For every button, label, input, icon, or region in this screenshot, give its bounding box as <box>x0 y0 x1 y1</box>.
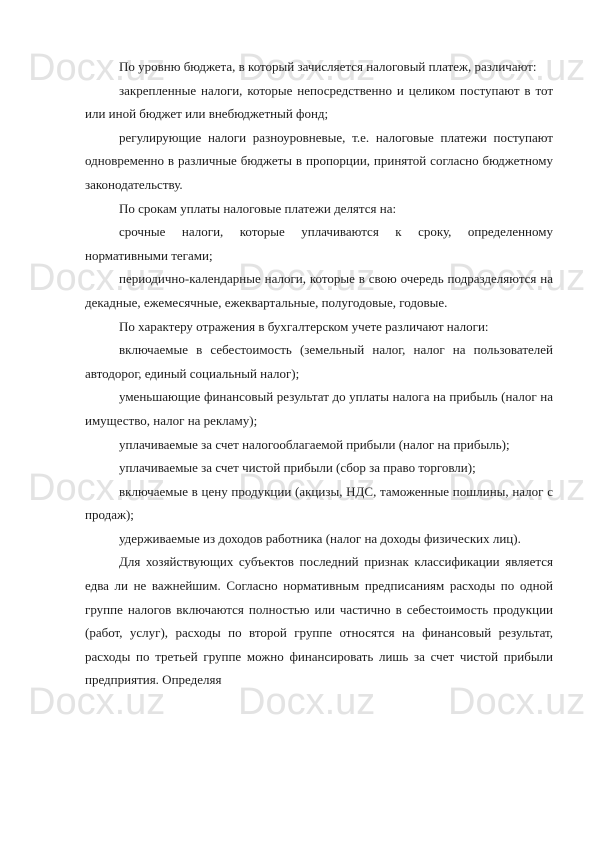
paragraph-urgent-taxes: срочные налоги, которые уплачиваются к с… <box>85 220 553 267</box>
paragraph-taxable-profit: уплачиваемые за счет налогооблагаемой пр… <box>85 433 553 457</box>
paragraph-periodic-taxes: периодично-календарные налоги, которые в… <box>85 267 553 314</box>
paragraph-net-profit: уплачиваемые за счет чистой прибыли (сбо… <box>85 456 553 480</box>
paragraph-fixed-taxes: закрепленные налоги, которые непосредств… <box>85 79 553 126</box>
paragraph-withheld: удерживаемые из доходов работника (налог… <box>85 527 553 551</box>
paragraph-accounting-intro: По характеру отражения в бухгалтерском у… <box>85 315 553 339</box>
paragraph-payment-terms-intro: По срокам уплаты налоговые платежи делят… <box>85 197 553 221</box>
paragraph-reducing-result: уменьшающие финансовый результат до упла… <box>85 385 553 432</box>
paragraph-budget-level-intro: По уровню бюджета, в который зачисляется… <box>85 55 553 79</box>
paragraph-conclusion: Для хозяйствующих субъектов последний пр… <box>85 550 553 692</box>
document-page: Docx.uz Docx.uz Docx.uz Docx.uz Docx.uz … <box>0 0 595 842</box>
paragraph-regulating-taxes: регулирующие налоги разноуровневые, т.е.… <box>85 126 553 197</box>
paragraph-price-included: включаемые в цену продукции (акцизы, НДС… <box>85 480 553 527</box>
paragraph-cost-included: включаемые в себестоимость (земельный на… <box>85 338 553 385</box>
document-body: По уровню бюджета, в который зачисляется… <box>85 55 553 692</box>
